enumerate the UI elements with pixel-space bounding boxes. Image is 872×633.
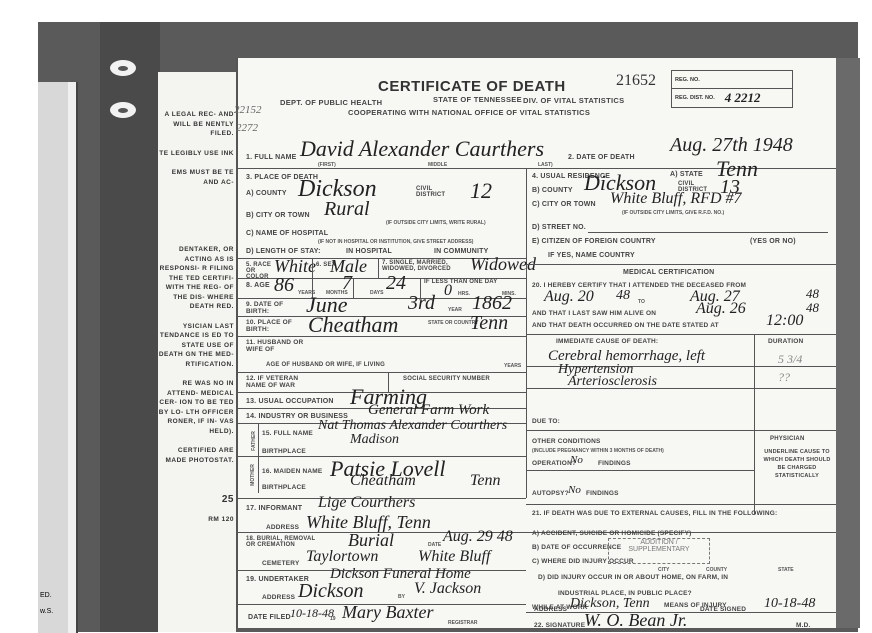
instruction-text: EMS MUST BE TE AND AC- <box>158 168 234 187</box>
divider <box>526 430 838 431</box>
hospital-label: C) NAME OF HOSPITAL <box>246 230 328 237</box>
mother-side-label: MOTHER <box>250 464 256 486</box>
days-sublabel: DAYS <box>370 290 383 296</box>
by-label: BY <box>398 594 405 600</box>
burial-label: 18. BURIAL, REMOVAL OR CREMATION <box>246 536 326 548</box>
signature-address-row: ADDRESS Dickson, Tenn DATE SIGNED 10-18-… <box>520 596 836 618</box>
left-margin-edge <box>68 82 78 633</box>
medical-certification-title: MEDICAL CERTIFICATION <box>623 269 714 276</box>
instruction-text: RE WAS NO IN ATTEND- MEDICAL CER- ION TO… <box>158 379 234 436</box>
divider <box>258 423 259 493</box>
father-birthplace-label: BIRTHPLACE <box>262 448 306 455</box>
external-causes-title: 21. IF DEATH WAS DUE TO EXTERNAL CAUSES,… <box>532 510 822 517</box>
dob-day: 3rd <box>408 292 435 315</box>
operation-findings-label: FINDINGS <box>598 460 631 467</box>
reg-dist-label: REG. DIST. NO. <box>675 95 715 101</box>
attended-from-year: 48 <box>616 288 630 304</box>
ssn-label: SOCIAL SECURITY NUMBER <box>403 376 490 382</box>
divider <box>238 336 526 337</box>
stay-label: D) LENGTH OF STAY: <box>246 248 321 255</box>
cemetery-location-value: White Bluff <box>418 548 490 566</box>
handwritten-number: 22152 <box>234 104 262 116</box>
dept-label: DEPT. OF PUBLIC HEALTH <box>280 98 382 107</box>
residence-county-label: B) COUNTY <box>532 187 573 194</box>
residence-city-value: White Bluff, RFD #7 <box>610 190 742 208</box>
md-suffix: M.D. <box>796 622 811 629</box>
pob-county: Cheatham <box>308 312 398 338</box>
punch-hole-icon <box>110 60 136 76</box>
residence-city-label: C) CITY OR TOWN <box>532 201 596 208</box>
mother-name-label: 16. MAIDEN NAME <box>262 468 322 475</box>
city-note: (IF OUTSIDE CITY LIMITS, WRITE RURAL) <box>386 220 486 226</box>
division-label: DIV. OF VITAL STATISTICS <box>523 96 624 105</box>
physician-note: UNDERLINE CAUSE TO WHICH DEATH SHOULD BE… <box>760 448 834 480</box>
other-conditions-note: (INCLUDE PREGNANCY WITHIN 3 MONTHS OF DE… <box>532 448 664 454</box>
signature-address-label: ADDRESS <box>534 606 567 613</box>
to-label: TO <box>638 299 645 305</box>
occupation-label: 13. USUAL OCCUPATION <box>246 398 334 405</box>
due-to-label: DUE TO: <box>532 418 560 425</box>
mother-birthplace-label: BIRTHPLACE <box>262 484 306 491</box>
divider <box>526 504 838 505</box>
state-sublabel: STATE <box>778 567 794 573</box>
date-signed-value: 10-18-48 <box>764 596 815 612</box>
cause-1-duration: 5 3/4 <box>778 352 802 367</box>
burial-date-value: Aug. 29 48 <box>443 528 513 546</box>
divider <box>526 470 754 471</box>
external-d-label: D) DID INJURY OCCUR IN OR ABOUT HOME, ON… <box>538 574 728 581</box>
father-name-label: 15. FULL NAME <box>262 430 313 437</box>
left-margin-strip: ED. w.S. <box>38 82 71 633</box>
autopsy-value: No <box>568 484 581 496</box>
instruction-text: DENTAKER, OR ACTING AS IS RESPONSI- R FI… <box>158 245 234 312</box>
external-c-label: C) WHERE DID INJURY OCCUR <box>532 558 634 565</box>
column-divider <box>526 168 527 498</box>
margin-text: ED. <box>40 592 52 599</box>
physician-note-title: PHYSICIAN <box>770 436 804 442</box>
scan-right-edge <box>836 58 860 628</box>
industry-value: General Farm Work <box>368 402 489 419</box>
date-signed-label: DATE SIGNED <box>700 606 746 613</box>
informant-address-label: ADDRESS <box>266 524 299 531</box>
in-hospital-label: IN HOSPITAL <box>346 248 392 255</box>
last-saw-value: Aug. 26 <box>696 300 746 318</box>
reg-no-row: REG. NO. <box>672 71 792 89</box>
street-label: D) STREET NO. <box>532 224 586 231</box>
cause-3-duration: ?? <box>778 370 790 385</box>
name-country-label: IF YES, NAME COUNTRY <box>548 252 635 259</box>
informant-value: Lige Courthers <box>318 494 415 512</box>
divider <box>238 372 526 373</box>
dob-label: 9. DATE OF BIRTH: <box>246 301 286 315</box>
punch-holes <box>110 60 140 144</box>
father-birthplace-value: Madison <box>350 432 399 448</box>
city-label: B) CITY OR TOWN <box>246 212 310 219</box>
death-certificate: CERTIFICATE OF DEATH 21652 DEPT. OF PUBL… <box>236 58 842 628</box>
years-sublabel: YEARS <box>504 363 521 369</box>
city-sublabel: CITY <box>658 567 669 573</box>
full-name-label: 1. FULL NAME <box>246 154 297 161</box>
last-saw-text: AND THAT I LAST SAW HIM ALIVE ON <box>532 310 656 317</box>
other-conditions-label: OTHER CONDITIONS <box>532 438 601 445</box>
civil-district-label: CIVIL DISTRICT <box>416 186 450 198</box>
last-saw-year: 48 <box>806 300 819 316</box>
father-side-label: FATHER <box>251 431 257 451</box>
reg-no-label: REG. NO. <box>675 77 700 83</box>
pob-label: 10. PLACE OF BIRTH: <box>246 319 296 333</box>
year-prefix: 19 <box>330 616 336 622</box>
age-years: 86 <box>274 274 294 297</box>
age-days: 24 <box>386 272 406 295</box>
year-sublabel: YEAR <box>448 307 462 313</box>
date-filed-value: 10-18-48 <box>290 606 334 621</box>
age-label: 8. AGE <box>246 282 270 289</box>
cemetery-label: CEMETERY <box>262 560 299 567</box>
undertaker-address-label: ADDRESS <box>262 594 295 601</box>
signature-address-value: Dickson, Tenn <box>570 596 650 612</box>
hrs-sublabel: HRS. <box>458 291 470 297</box>
cooperating-label: COOPERATING WITH NATIONAL OFFICE OF VITA… <box>348 108 590 117</box>
marital-label: 7. SINGLE, MARRIED, WIDOWED, DIVORCED <box>382 260 472 272</box>
veteran-label: 12. IF VETERAN NAME OF WAR <box>246 375 306 389</box>
duration-label: DURATION <box>768 338 803 345</box>
punch-hole-icon <box>110 102 136 118</box>
pob-state: Tenn <box>470 312 508 335</box>
date-of-death-value: Aug. 27th 1948 <box>670 134 793 157</box>
duration-divider <box>754 334 755 514</box>
instruction-text: CERTIFIED ARE MADE PHOTOSTAT. <box>158 446 234 465</box>
mother-birthplace-value: Cheatham <box>350 472 416 490</box>
informant-label: 17. INFORMANT <box>246 505 302 512</box>
full-name-value: David Alexander Caurthers <box>300 136 544 162</box>
reg-dist-row: REG. DIST. NO.4 2212 <box>672 89 792 107</box>
state-label: STATE OF TENNESSEE <box>433 95 522 104</box>
county-sublabel: COUNTY <box>706 567 727 573</box>
registrar-signature: Mary Baxter <box>342 602 433 623</box>
handwritten-number: 2272 <box>236 122 258 134</box>
spouse-label: 11. HUSBAND OR WIFE OF <box>246 339 306 353</box>
underline <box>588 232 828 233</box>
county-label: A) COUNTY <box>246 190 287 197</box>
instruction-text: YSICIAN LAST TENDANCE IS ED TO STATE USE… <box>158 322 234 370</box>
undertaker-address-value: Dickson <box>298 580 364 603</box>
yes-no-label: (YES OR NO) <box>750 238 796 245</box>
date-filed-label: DATE FILED <box>248 614 291 621</box>
external-a-label: A) ACCIDENT, SUICIDE OR HOMICIDE (SPECIF… <box>532 530 691 537</box>
form-number: RM 120 <box>158 515 234 525</box>
registrar-label: REGISTRAR <box>448 620 477 626</box>
mother-birthplace-state: Tenn <box>470 472 501 490</box>
instruction-text: A LEGAL REC- AND WILL BE NENTLY FILED. <box>158 110 234 139</box>
attended-from: Aug. 20 <box>544 288 594 306</box>
operation-value: No <box>570 454 583 466</box>
autopsy-findings-label: FINDINGS <box>586 490 619 497</box>
city-value: Rural <box>324 198 370 221</box>
residence-state-label: A) STATE <box>670 171 703 178</box>
civil-district-value: 12 <box>470 178 492 204</box>
margin-mark: 25 <box>158 495 234 505</box>
instruction-text: TE LEGIBLY USE INK <box>158 149 234 159</box>
certificate-title: CERTIFICATE OF DEATH <box>378 78 566 95</box>
time-of-death: 12:00 <box>766 312 803 330</box>
cause-label: IMMEDIATE CAUSE OF DEATH: <box>556 338 658 345</box>
occurred-text: AND THAT DEATH OCCURRED ON THE DATE STAT… <box>532 322 719 329</box>
undertaker-by-value: V. Jackson <box>414 580 481 598</box>
divider <box>378 258 379 278</box>
autopsy-label: AUTOPSY? <box>532 490 569 497</box>
residence-note: (IF OUTSIDE CITY LIMITS, GIVE R.F.D. NO.… <box>622 210 724 216</box>
cemetery-value: Taylortown <box>306 548 378 566</box>
instructions-column: A LEGAL REC- AND WILL BE NENTLY FILED. T… <box>158 72 236 632</box>
registration-box: REG. NO. REG. DIST. NO.4 2212 <box>671 70 793 108</box>
divider <box>526 264 838 265</box>
hospital-note: (IF NOT IN HOSPITAL OR INSTITUTION, GIVE… <box>318 239 473 245</box>
spouse-age-label: AGE OF HUSBAND OR WIFE, IF LIVING <box>266 362 385 368</box>
divider <box>526 334 838 335</box>
margin-text: w.S. <box>40 608 53 615</box>
signature-label: 22. SIGNATURE <box>534 622 585 629</box>
less-than-day-label: IF LESS THAN ONE DAY <box>424 279 497 285</box>
divider <box>353 278 354 298</box>
date-of-death-label: 2. DATE OF DEATH <box>568 154 635 161</box>
father-name-value: Nat Thomas Alexander Courthers <box>318 418 507 434</box>
divider <box>526 388 838 389</box>
reg-dist-value: 4 2212 <box>725 90 761 106</box>
certificate-number: 21652 <box>616 72 656 90</box>
foreign-citizen-label: E) CITIZEN OF FOREIGN COUNTRY <box>532 238 656 245</box>
